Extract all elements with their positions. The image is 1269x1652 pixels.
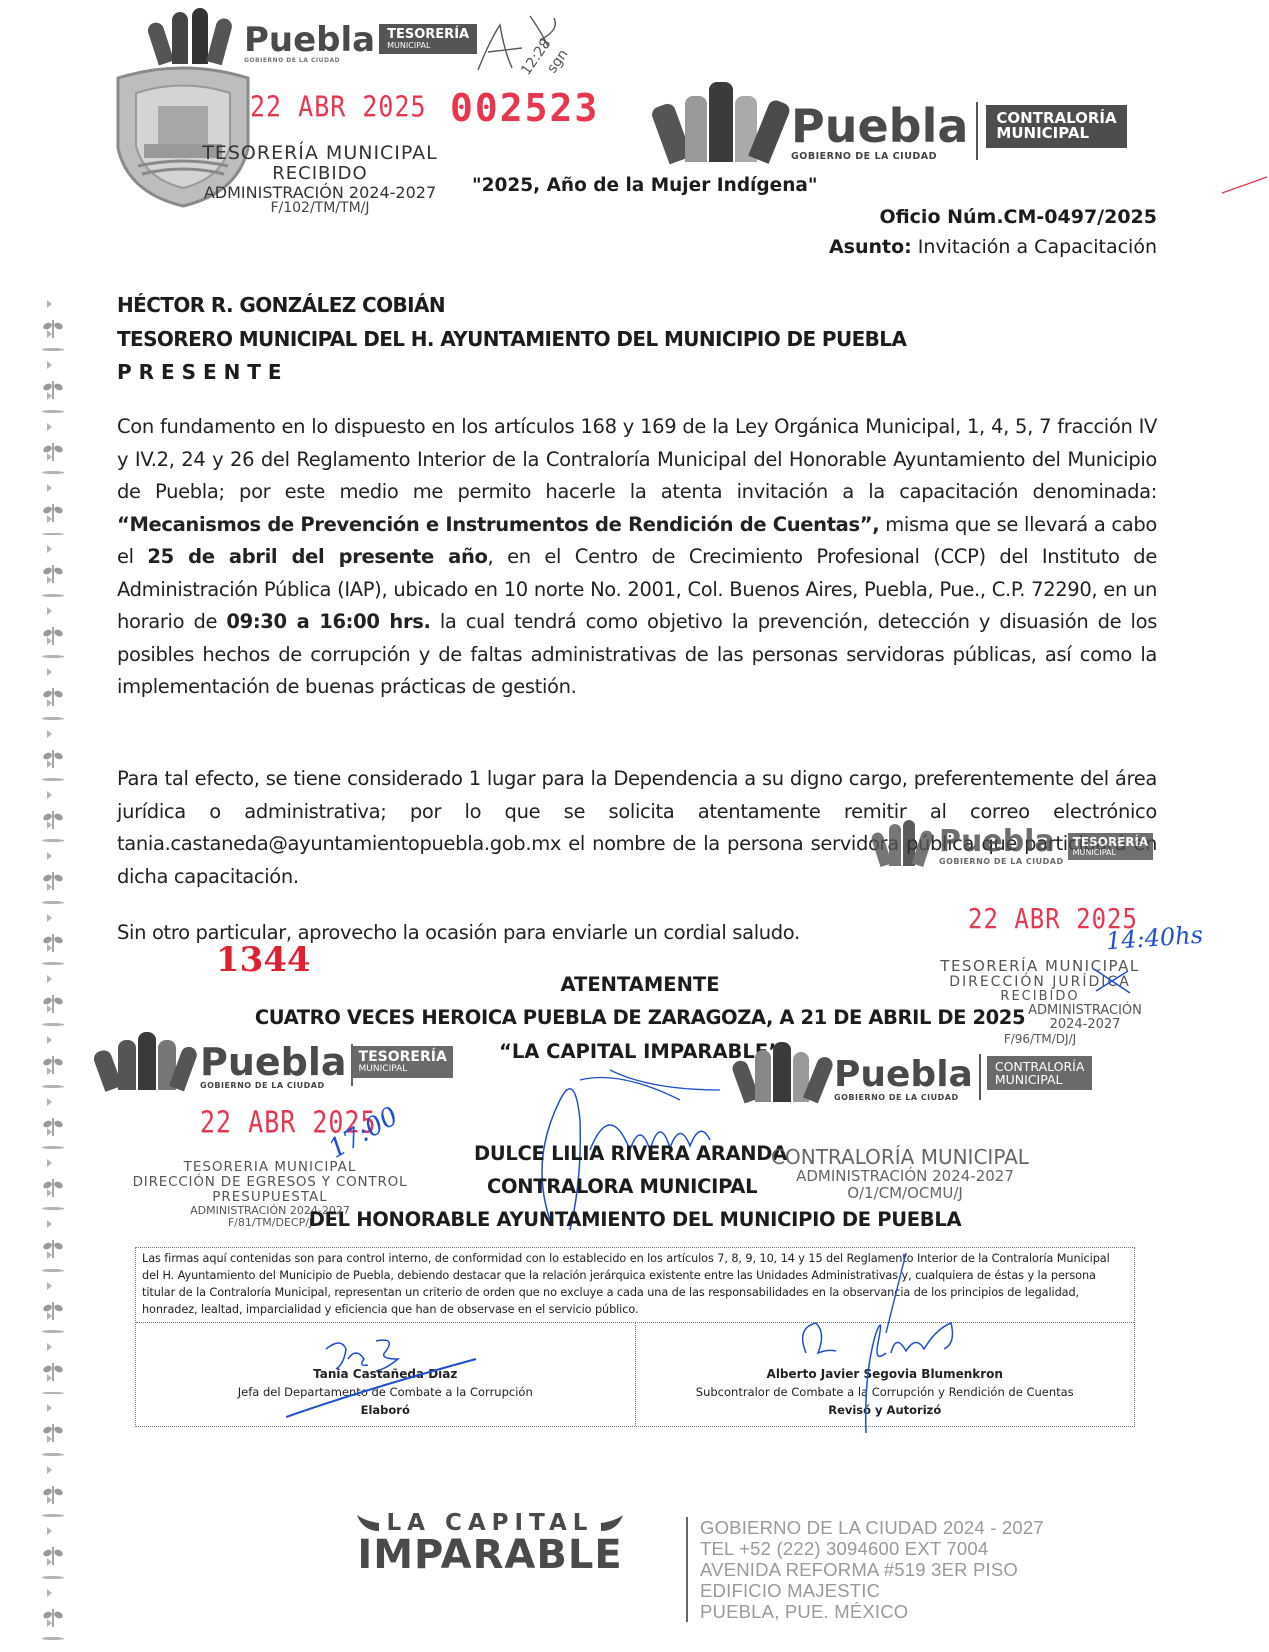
contraloria-received-stamp: CONTRALORÍA MUNICIPAL ADMINISTRACIÓN 202… xyxy=(750,1146,1050,1201)
recipient-title: TESORERO MUNICIPAL DEL H. AYUNTAMIENTO D… xyxy=(117,327,906,351)
leaf-icon xyxy=(42,1361,64,1363)
footer-brand: LA CAPITAL IMPARABLE xyxy=(340,1510,640,1574)
border-tick-icon xyxy=(47,1589,52,1597)
leaf-icon xyxy=(42,1484,64,1486)
asunto: Asunto: Invitación a Capacitación xyxy=(829,236,1157,258)
flower-icon xyxy=(42,778,64,781)
border-tick-icon xyxy=(47,1619,52,1627)
leaf-icon xyxy=(42,1116,64,1118)
asunto-label: Asunto: xyxy=(829,236,912,258)
tesoreria-logo-stamp: Puebla GOBIERNO DE LA CIUDAD TESORERÍA M… xyxy=(875,818,1153,866)
asunto-value: Invitación a Capacitación xyxy=(918,236,1157,258)
signature-reviso xyxy=(766,1253,986,1433)
internal-signatures: Tania Castañeda Díaz Jefa del Departamen… xyxy=(136,1322,1134,1426)
border-tick-icon xyxy=(47,975,52,983)
leaf-icon xyxy=(42,1054,64,1056)
body-paragraph-1: Con fundamento en lo dispuesto en los ar… xyxy=(117,411,1157,704)
border-tick-icon xyxy=(47,330,52,338)
flower-icon xyxy=(42,348,64,351)
flower-icon xyxy=(42,1146,64,1149)
flower-icon xyxy=(42,410,64,413)
border-tick-icon xyxy=(47,1189,52,1197)
flower-icon xyxy=(42,1453,64,1456)
logo-wordmark: Puebla xyxy=(244,23,375,57)
border-tick-icon xyxy=(47,1220,52,1228)
leaf-icon xyxy=(42,563,64,565)
border-tick-icon xyxy=(47,760,52,768)
leaf-icon xyxy=(42,318,64,320)
leaf-icon xyxy=(42,1607,64,1609)
border-tick-icon xyxy=(47,668,52,676)
border-tick-icon xyxy=(47,1251,52,1259)
border-tick-icon xyxy=(47,392,52,400)
border-tick-icon xyxy=(47,1098,52,1106)
leaf-icon xyxy=(42,502,64,504)
decorative-border xyxy=(38,300,68,1640)
leaf-icon xyxy=(42,1422,64,1424)
flower-icon xyxy=(42,901,64,904)
flower-icon xyxy=(42,1207,64,1210)
border-tick-icon xyxy=(47,1312,52,1320)
leaf-icon xyxy=(42,809,64,811)
juridica-cross-mark xyxy=(1092,965,1132,995)
border-tick-icon xyxy=(47,637,52,645)
border-tick-icon xyxy=(47,1159,52,1167)
border-tick-icon xyxy=(47,300,52,308)
flower-icon xyxy=(42,1576,64,1579)
border-tick-icon xyxy=(47,914,52,922)
flower-icon xyxy=(42,1514,64,1517)
border-tick-icon xyxy=(47,576,52,584)
puebla-emblem-icon xyxy=(875,818,935,866)
footer-contact-line: TEL +52 (222) 3094600 EXT 7004 xyxy=(700,1538,1044,1559)
flower-icon xyxy=(42,594,64,597)
leaf-icon xyxy=(42,686,64,688)
border-tick-icon xyxy=(47,1466,52,1474)
border-tick-icon xyxy=(47,944,52,952)
footer-contact: GOBIERNO DE LA CIUDAD 2024 - 2027 TEL +5… xyxy=(686,1517,1044,1622)
border-tick-icon xyxy=(47,852,52,860)
logo-tag: CONTRALORÍA MUNICIPAL xyxy=(986,105,1126,149)
border-tick-icon xyxy=(47,1343,52,1351)
border-tick-icon xyxy=(47,791,52,799)
border-tick-icon xyxy=(47,1282,52,1290)
flower-icon xyxy=(42,1085,64,1088)
border-tick-icon xyxy=(47,515,52,523)
place-date: CUATRO VECES HEROICA PUEBLA DE ZARAGOZA,… xyxy=(160,1006,1120,1029)
border-tick-icon xyxy=(47,1435,52,1443)
oficio-number: Oficio Núm.CM-0497/2025 xyxy=(879,206,1157,228)
border-tick-icon xyxy=(47,361,52,369)
svg-text:12:28: 12:28 xyxy=(518,36,554,78)
border-tick-icon xyxy=(47,1374,52,1382)
footer-contact-line: PUEBLA, PUE. MÉXICO xyxy=(700,1601,1044,1622)
flower-icon xyxy=(42,1023,64,1026)
border-tick-icon xyxy=(47,1404,52,1412)
leaf-icon xyxy=(42,748,64,750)
border-tick-icon xyxy=(47,1128,52,1136)
logo-tag: TESORERÍA MUNICIPAL xyxy=(379,24,477,54)
flower-icon xyxy=(42,655,64,658)
footer-contact-line: EDIFICIO MAJESTIC xyxy=(700,1580,1044,1601)
flower-icon xyxy=(42,839,64,842)
leaf-icon xyxy=(42,441,64,443)
folio-number: 002523 xyxy=(450,86,599,130)
leaf-icon xyxy=(42,932,64,934)
border-tick-icon xyxy=(47,699,52,707)
leaf-icon xyxy=(42,1545,64,1547)
leaf-icon xyxy=(42,1177,64,1179)
atentamente: ATENTAMENTE xyxy=(480,973,800,996)
border-tick-icon xyxy=(47,484,52,492)
puebla-emblem-icon xyxy=(96,1030,196,1090)
received-date-stamp: 22 ABR 2025 xyxy=(250,90,427,123)
signatory-card: Tania Castañeda Díaz Jefa del Departamen… xyxy=(136,1323,635,1426)
contraloria-logo-top: Puebla GOBIERNO DE LA CIUDAD CONTRALORÍA… xyxy=(655,80,1127,162)
juridica-handwritten-time: 14:40hs xyxy=(1105,921,1204,956)
recipient-presente: P R E S E N T E xyxy=(117,360,282,384)
flower-icon xyxy=(42,471,64,474)
border-tick-icon xyxy=(47,1527,52,1535)
leaf-icon xyxy=(42,1300,64,1302)
border-tick-icon xyxy=(47,453,52,461)
internal-control-box: Las firmas aquí contenidas son para cont… xyxy=(135,1247,1135,1427)
border-tick-icon xyxy=(47,1558,52,1566)
puebla-emblem-icon xyxy=(655,80,785,162)
leaf-icon xyxy=(42,993,64,995)
logo-wordmark: Puebla xyxy=(791,103,968,149)
flower-icon xyxy=(42,1330,64,1333)
flower-icon xyxy=(42,1637,64,1640)
border-tick-icon xyxy=(47,1036,52,1044)
puebla-emblem-icon xyxy=(148,6,240,64)
recipient-name: HÉCTOR R. GONZÁLEZ COBIÁN xyxy=(117,293,445,317)
leaf-icon xyxy=(42,1238,64,1240)
signature-elaboro xyxy=(286,1329,506,1419)
signatory-card: Alberto Javier Segovia Blumenkron Subcon… xyxy=(635,1323,1135,1426)
signer-organization: DEL HONORABLE AYUNTAMIENTO DEL MUNICIPIO… xyxy=(290,1208,980,1231)
footer-brand-line2: IMPARABLE xyxy=(340,1536,640,1574)
border-tick-icon xyxy=(47,1005,52,1013)
border-tick-icon xyxy=(47,607,52,615)
leaf-icon xyxy=(42,870,64,872)
tesoreria-logo-mid: Puebla GOBIERNO DE LA CIUDAD TESORERÍA M… xyxy=(96,1030,453,1090)
tesoreria-logo-top: Puebla GOBIERNO DE LA CIUDAD TESORERÍA M… xyxy=(148,6,477,64)
leaf-icon xyxy=(42,379,64,381)
footer-contact-line: AVENIDA REFORMA #519 3ER PISO xyxy=(700,1559,1044,1580)
control-number: 1344 xyxy=(216,940,311,980)
year-motto: "2025, Año de la Mujer Indígena" xyxy=(472,175,817,196)
flower-icon xyxy=(42,1269,64,1272)
border-tick-icon xyxy=(47,821,52,829)
flower-icon xyxy=(42,717,64,720)
signer-title: CONTRALORA MUNICIPAL xyxy=(487,1175,757,1198)
tesoreria-received-stamp: TESORERÍA MUNICIPAL RECIBIDO ADMINISTRAC… xyxy=(160,143,480,217)
flower-icon xyxy=(42,533,64,536)
flower-icon xyxy=(42,1392,64,1395)
pen-mark xyxy=(1220,175,1269,195)
leaf-icon xyxy=(42,625,64,627)
border-tick-icon xyxy=(47,423,52,431)
border-tick-icon xyxy=(47,1496,52,1504)
flower-icon xyxy=(42,962,64,965)
handwritten-initials: 12:28 sgn xyxy=(470,10,590,90)
footer-contact-line: GOBIERNO DE LA CIUDAD 2024 - 2027 xyxy=(700,1517,1044,1538)
border-tick-icon xyxy=(47,1067,52,1075)
border-tick-icon xyxy=(47,883,52,891)
signer-name: DULCE LILIA RIVERA ARANDA xyxy=(474,1142,787,1165)
border-tick-icon xyxy=(47,730,52,738)
border-tick-icon xyxy=(47,545,52,553)
contraloria-logo-mid: Puebla GOBIERNO DE LA CIUDAD CONTRALORÍA… xyxy=(735,1040,1092,1102)
